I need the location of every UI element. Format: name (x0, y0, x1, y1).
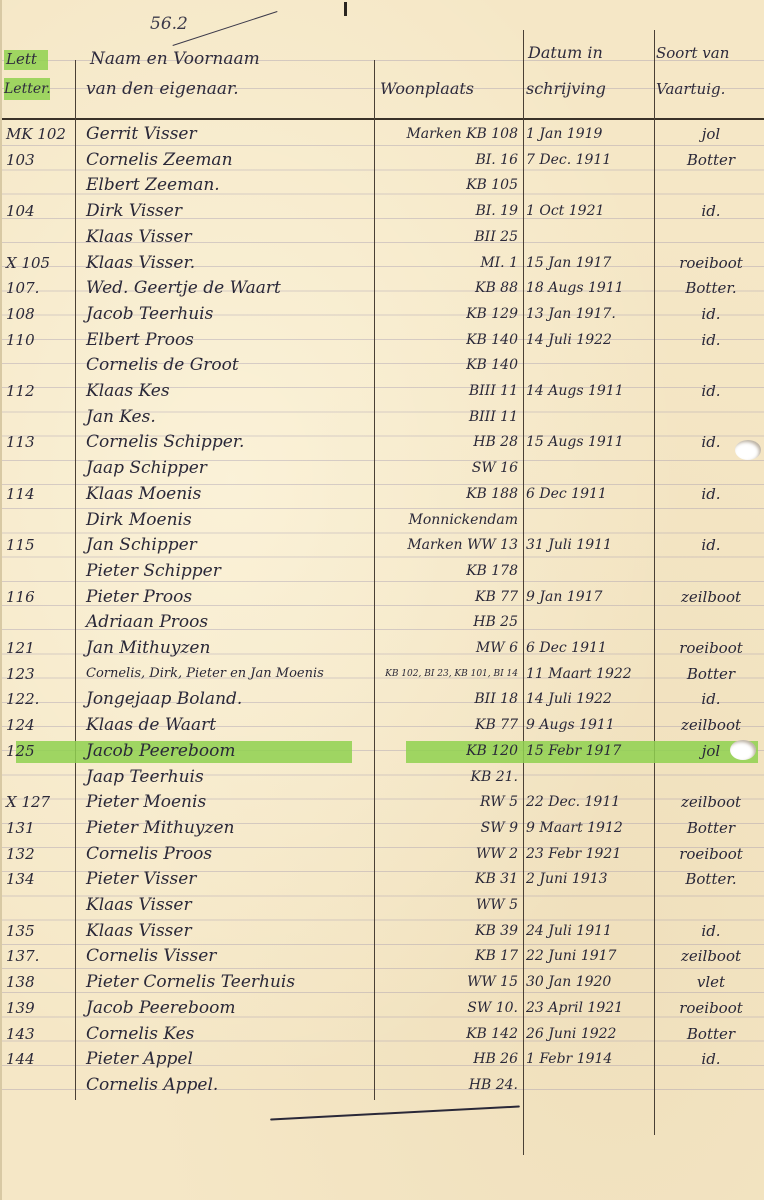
table-row: Elbert Zeeman.KB 105 (2, 173, 764, 197)
owner-name: Dirk Visser (86, 199, 371, 223)
vessel-type: Botter (657, 148, 764, 172)
owner-name: Wed. Geertje de Waart (86, 276, 371, 300)
owner-name: Pieter Visser (86, 867, 371, 891)
row-number: 137. (6, 944, 74, 968)
registration-date: 1 Febr 1914 (526, 1047, 652, 1071)
row-number: 104 (6, 199, 74, 223)
registration-date: 7 Dec. 1911 (526, 148, 652, 172)
owner-name: Jacob Teerhuis (86, 302, 371, 326)
row-number: 143 (6, 1022, 74, 1046)
registration-date: 1 Jan 1919 (526, 122, 652, 146)
residence-registration: KB 21. (376, 765, 522, 789)
owner-name: Klaas Visser (86, 919, 371, 943)
row-number: 124 (6, 713, 74, 737)
table-row: 114Klaas MoenisKB 1886 Dec 1911id. (2, 482, 764, 506)
table-row: Cornelis Appel.HB 24. (2, 1073, 764, 1097)
residence-registration: WW 2 (376, 842, 522, 866)
table-row: 139Jacob PeereboomSW 10.23 April 1921roe… (2, 996, 764, 1020)
table-row: 115Jan SchipperMarken WW 1331 Juli 1911i… (2, 533, 764, 557)
owner-name: Cornelis Appel. (86, 1073, 371, 1097)
row-number: 113 (6, 430, 74, 454)
header-type-line1: Soort van (656, 42, 729, 64)
table-row: 134Pieter VisserKB 312 Juni 1913Botter. (2, 867, 764, 891)
header-name-line1: Naam en Voornaam (90, 48, 260, 70)
vessel-type: id. (657, 533, 764, 557)
row-number: 138 (6, 970, 74, 994)
table-row: 143Cornelis KesKB 14226 Juni 1922Botter (2, 1022, 764, 1046)
folio-number: 56.2 (150, 14, 188, 34)
vessel-type: roeiboot (657, 842, 764, 866)
vessel-type: zeilboot (657, 790, 764, 814)
table-row: 104Dirk VisserBI. 191 Oct 1921id. (2, 199, 764, 223)
residence-registration: KB 129 (376, 302, 522, 326)
vessel-type: id. (657, 328, 764, 352)
registration-date: 15 Jan 1917 (526, 251, 652, 275)
vessel-type: Botter. (657, 276, 764, 300)
row-number: 103 (6, 148, 74, 172)
vessel-type: id. (657, 379, 764, 403)
owner-name: Klaas de Waart (86, 713, 371, 737)
residence-registration: MI. 1 (376, 251, 522, 275)
registration-date: 14 Juli 1922 (526, 328, 652, 352)
registration-date: 24 Juli 1911 (526, 919, 652, 943)
table-row: 107.Wed. Geertje de WaartKB 8818 Augs 19… (2, 276, 764, 300)
residence-registration: KB 142 (376, 1022, 522, 1046)
closing-stroke (270, 1105, 520, 1120)
vessel-type: Botter (657, 816, 764, 840)
registration-date: 2 Juni 1913 (526, 867, 652, 891)
owner-name: Pieter Appel (86, 1047, 371, 1071)
header-date-line2: schrijving (526, 78, 606, 100)
residence-registration: KB 102, BI 23, KB 101, BI 14 (376, 662, 522, 686)
table-row: 103Cornelis ZeemanBI. 167 Dec. 1911Botte… (2, 148, 764, 172)
owner-name: Elbert Zeeman. (86, 173, 371, 197)
registration-date: 23 April 1921 (526, 996, 652, 1020)
table-row: 132Cornelis ProosWW 223 Febr 1921roeiboo… (2, 842, 764, 866)
residence-registration: BII 25 (376, 225, 522, 249)
table-row: 121Jan MithuyzenMW 66 Dec 1911roeiboot (2, 636, 764, 660)
residence-registration: SW 9 (376, 816, 522, 840)
registration-date: 1 Oct 1921 (526, 199, 652, 223)
table-row: Cornelis de GrootKB 140 (2, 353, 764, 377)
registration-date: 9 Augs 1911 (526, 713, 652, 737)
residence-registration: WW 15 (376, 970, 522, 994)
table-row: 112Klaas KesBIII 1114 Augs 1911id. (2, 379, 764, 403)
table-row: Jaap TeerhuisKB 21. (2, 765, 764, 789)
registration-date: 22 Juni 1917 (526, 944, 652, 968)
ink-mark (344, 2, 347, 16)
residence-registration: KB 120 (376, 739, 522, 763)
residence-registration: KB 77 (376, 585, 522, 609)
registration-date: 15 Febr 1917 (526, 739, 652, 763)
row-number: 134 (6, 867, 74, 891)
vessel-type: roeiboot (657, 636, 764, 660)
residence-registration: KB 105 (376, 173, 522, 197)
row-number: 116 (6, 585, 74, 609)
vessel-type: id. (657, 302, 764, 326)
owner-name: Jan Schipper (86, 533, 371, 557)
owner-name: Elbert Proos (86, 328, 371, 352)
owner-name: Klaas Moenis (86, 482, 371, 506)
owner-name: Cornelis Proos (86, 842, 371, 866)
residence-registration: SW 16 (376, 456, 522, 480)
residence-registration: BIII 11 (376, 405, 522, 429)
residence-registration: BIII 11 (376, 379, 522, 403)
owner-name: Jan Kes. (86, 405, 371, 429)
row-number: 139 (6, 996, 74, 1020)
vessel-type: id. (657, 1047, 764, 1071)
residence-registration: WW 5 (376, 893, 522, 917)
residence-registration: BI. 16 (376, 148, 522, 172)
owner-name: Klaas Visser. (86, 251, 371, 275)
row-number: 112 (6, 379, 74, 403)
row-number: 107. (6, 276, 74, 300)
registration-date: 22 Dec. 1911 (526, 790, 652, 814)
table-row: 122.Jongejaap Boland.BII 1814 Juli 1922i… (2, 687, 764, 711)
owner-name: Cornelis Schipper. (86, 430, 371, 454)
table-row: MK 102Gerrit VisserMarken KB 1081 Jan 19… (2, 122, 764, 146)
vessel-type: id. (657, 482, 764, 506)
row-number: X 105 (6, 251, 74, 275)
registration-date: 6 Dec 1911 (526, 636, 652, 660)
row-number: 114 (6, 482, 74, 506)
header-divider (2, 118, 764, 120)
residence-registration: HB 24. (376, 1073, 522, 1097)
folio-underline (173, 11, 278, 46)
residence-registration: MW 6 (376, 636, 522, 660)
residence-registration: Marken WW 13 (376, 533, 522, 557)
registration-date: 13 Jan 1917. (526, 302, 652, 326)
vessel-type: Botter. (657, 867, 764, 891)
owner-name: Adriaan Proos (86, 610, 371, 634)
header-number-line2: Letter. (4, 78, 51, 100)
vessel-type: Botter (657, 662, 764, 686)
ledger-page: 56.2 Lett Letter. Naam en Voornaam van d… (0, 0, 764, 1200)
table-row: 108Jacob TeerhuisKB 12913 Jan 1917.id. (2, 302, 764, 326)
owner-name: Pieter Cornelis Teerhuis (86, 970, 371, 994)
residence-registration: KB 188 (376, 482, 522, 506)
residence-registration: KB 140 (376, 328, 522, 352)
registration-date: 26 Juni 1922 (526, 1022, 652, 1046)
owner-name: Klaas Kes (86, 379, 371, 403)
table-row: X 105Klaas Visser.MI. 115 Jan 1917roeibo… (2, 251, 764, 275)
owner-name: Jongejaap Boland. (86, 687, 371, 711)
owner-name: Gerrit Visser (86, 122, 371, 146)
residence-registration: KB 88 (376, 276, 522, 300)
table-row: 116Pieter ProosKB 779 Jan 1917zeilboot (2, 585, 764, 609)
vessel-type: id. (657, 199, 764, 223)
owner-name: Cornelis Zeeman (86, 148, 371, 172)
header-name-line2: van den eigenaar. (86, 78, 239, 100)
row-number: 115 (6, 533, 74, 557)
residence-registration: RW 5 (376, 790, 522, 814)
owner-name: Cornelis de Groot (86, 353, 371, 377)
residence-registration: KB 17 (376, 944, 522, 968)
row-number: 131 (6, 816, 74, 840)
header-date-line1: Datum in (528, 42, 603, 64)
residence-registration: Marken KB 108 (376, 122, 522, 146)
residence-registration: BII 18 (376, 687, 522, 711)
owner-name: Cornelis, Dirk, Pieter en Jan Moenis (86, 662, 371, 686)
owner-name: Dirk Moenis (86, 508, 371, 532)
table-row: Pieter SchipperKB 178 (2, 559, 764, 583)
owner-name: Jacob Peereboom (86, 739, 371, 763)
punch-hole (735, 440, 761, 460)
table-row: 144Pieter AppelHB 261 Febr 1914id. (2, 1047, 764, 1071)
vessel-type: id. (657, 919, 764, 943)
table-row: X 127Pieter MoenisRW 522 Dec. 1911zeilbo… (2, 790, 764, 814)
registration-date: 11 Maart 1922 (526, 662, 652, 686)
table-row: Dirk MoenisMonnickendam (2, 508, 764, 532)
table-row: Adriaan ProosHB 25 (2, 610, 764, 634)
table-row: 124Klaas de WaartKB 779 Augs 1911zeilboo… (2, 713, 764, 737)
registration-date: 23 Febr 1921 (526, 842, 652, 866)
residence-registration: KB 178 (376, 559, 522, 583)
table-row: 110Elbert ProosKB 14014 Juli 1922id. (2, 328, 764, 352)
row-number: 125 (6, 739, 74, 763)
header-place: Woonplaats (380, 78, 474, 100)
vessel-type: Botter (657, 1022, 764, 1046)
owner-name: Pieter Proos (86, 585, 371, 609)
registration-date: 9 Jan 1917 (526, 585, 652, 609)
owner-name: Klaas Visser (86, 225, 371, 249)
owner-name: Jacob Peereboom (86, 996, 371, 1020)
row-number: 132 (6, 842, 74, 866)
registration-date: 6 Dec 1911 (526, 482, 652, 506)
owner-name: Jan Mithuyzen (86, 636, 371, 660)
vessel-type: id. (657, 687, 764, 711)
residence-registration: BI. 19 (376, 199, 522, 223)
row-number: 110 (6, 328, 74, 352)
table-row: 138Pieter Cornelis TeerhuisWW 1530 Jan 1… (2, 970, 764, 994)
row-number: 122. (6, 687, 74, 711)
vessel-type: roeiboot (657, 996, 764, 1020)
owner-name: Pieter Schipper (86, 559, 371, 583)
residence-registration: HB 25 (376, 610, 522, 634)
punch-hole (730, 740, 756, 760)
residence-registration: HB 26 (376, 1047, 522, 1071)
row-number: 123 (6, 662, 74, 686)
row-number: 108 (6, 302, 74, 326)
registration-date: 18 Augs 1911 (526, 276, 652, 300)
residence-registration: KB 140 (376, 353, 522, 377)
owner-name: Pieter Mithuyzen (86, 816, 371, 840)
header-type-line2: Vaartuig. (656, 78, 725, 100)
header-number-line1: Lett (6, 48, 37, 70)
row-number: X 127 (6, 790, 74, 814)
owner-name: Pieter Moenis (86, 790, 371, 814)
table-row: Klaas VisserWW 5 (2, 893, 764, 917)
table-row: Jan Kes.BIII 11 (2, 405, 764, 429)
owner-name: Klaas Visser (86, 893, 371, 917)
registration-date: 9 Maart 1912 (526, 816, 652, 840)
residence-registration: SW 10. (376, 996, 522, 1020)
table-row: 125Jacob PeereboomKB 12015 Febr 1917jol (2, 739, 764, 763)
owner-name: Cornelis Visser (86, 944, 371, 968)
table-row: Jaap SchipperSW 16 (2, 456, 764, 480)
registration-date: 14 Juli 1922 (526, 687, 652, 711)
row-number: 144 (6, 1047, 74, 1071)
table-row: 135Klaas VisserKB 3924 Juli 1911id. (2, 919, 764, 943)
residence-registration: KB 39 (376, 919, 522, 943)
residence-registration: HB 28 (376, 430, 522, 454)
registration-date: 14 Augs 1911 (526, 379, 652, 403)
owner-name: Jaap Teerhuis (86, 765, 371, 789)
row-number: MK 102 (6, 122, 74, 146)
owner-name: Cornelis Kes (86, 1022, 371, 1046)
vessel-type: jol (657, 122, 764, 146)
table-row: Klaas VisserBII 25 (2, 225, 764, 249)
registration-date: 31 Juli 1911 (526, 533, 652, 557)
vessel-type: zeilboot (657, 944, 764, 968)
registration-date: 15 Augs 1911 (526, 430, 652, 454)
vessel-type: zeilboot (657, 713, 764, 737)
vessel-type: zeilboot (657, 585, 764, 609)
vessel-type: roeiboot (657, 251, 764, 275)
residence-registration: Monnickendam (376, 508, 522, 532)
row-number: 121 (6, 636, 74, 660)
table-row: 131Pieter MithuyzenSW 99 Maart 1912Botte… (2, 816, 764, 840)
registration-date: 30 Jan 1920 (526, 970, 652, 994)
vessel-type: vlet (657, 970, 764, 994)
table-row: 123Cornelis, Dirk, Pieter en Jan MoenisK… (2, 662, 764, 686)
table-row: 113Cornelis Schipper.HB 2815 Augs 1911id… (2, 430, 764, 454)
table-row: 137.Cornelis VisserKB 1722 Juni 1917zeil… (2, 944, 764, 968)
owner-name: Jaap Schipper (86, 456, 371, 480)
residence-registration: KB 77 (376, 713, 522, 737)
row-number: 135 (6, 919, 74, 943)
residence-registration: KB 31 (376, 867, 522, 891)
